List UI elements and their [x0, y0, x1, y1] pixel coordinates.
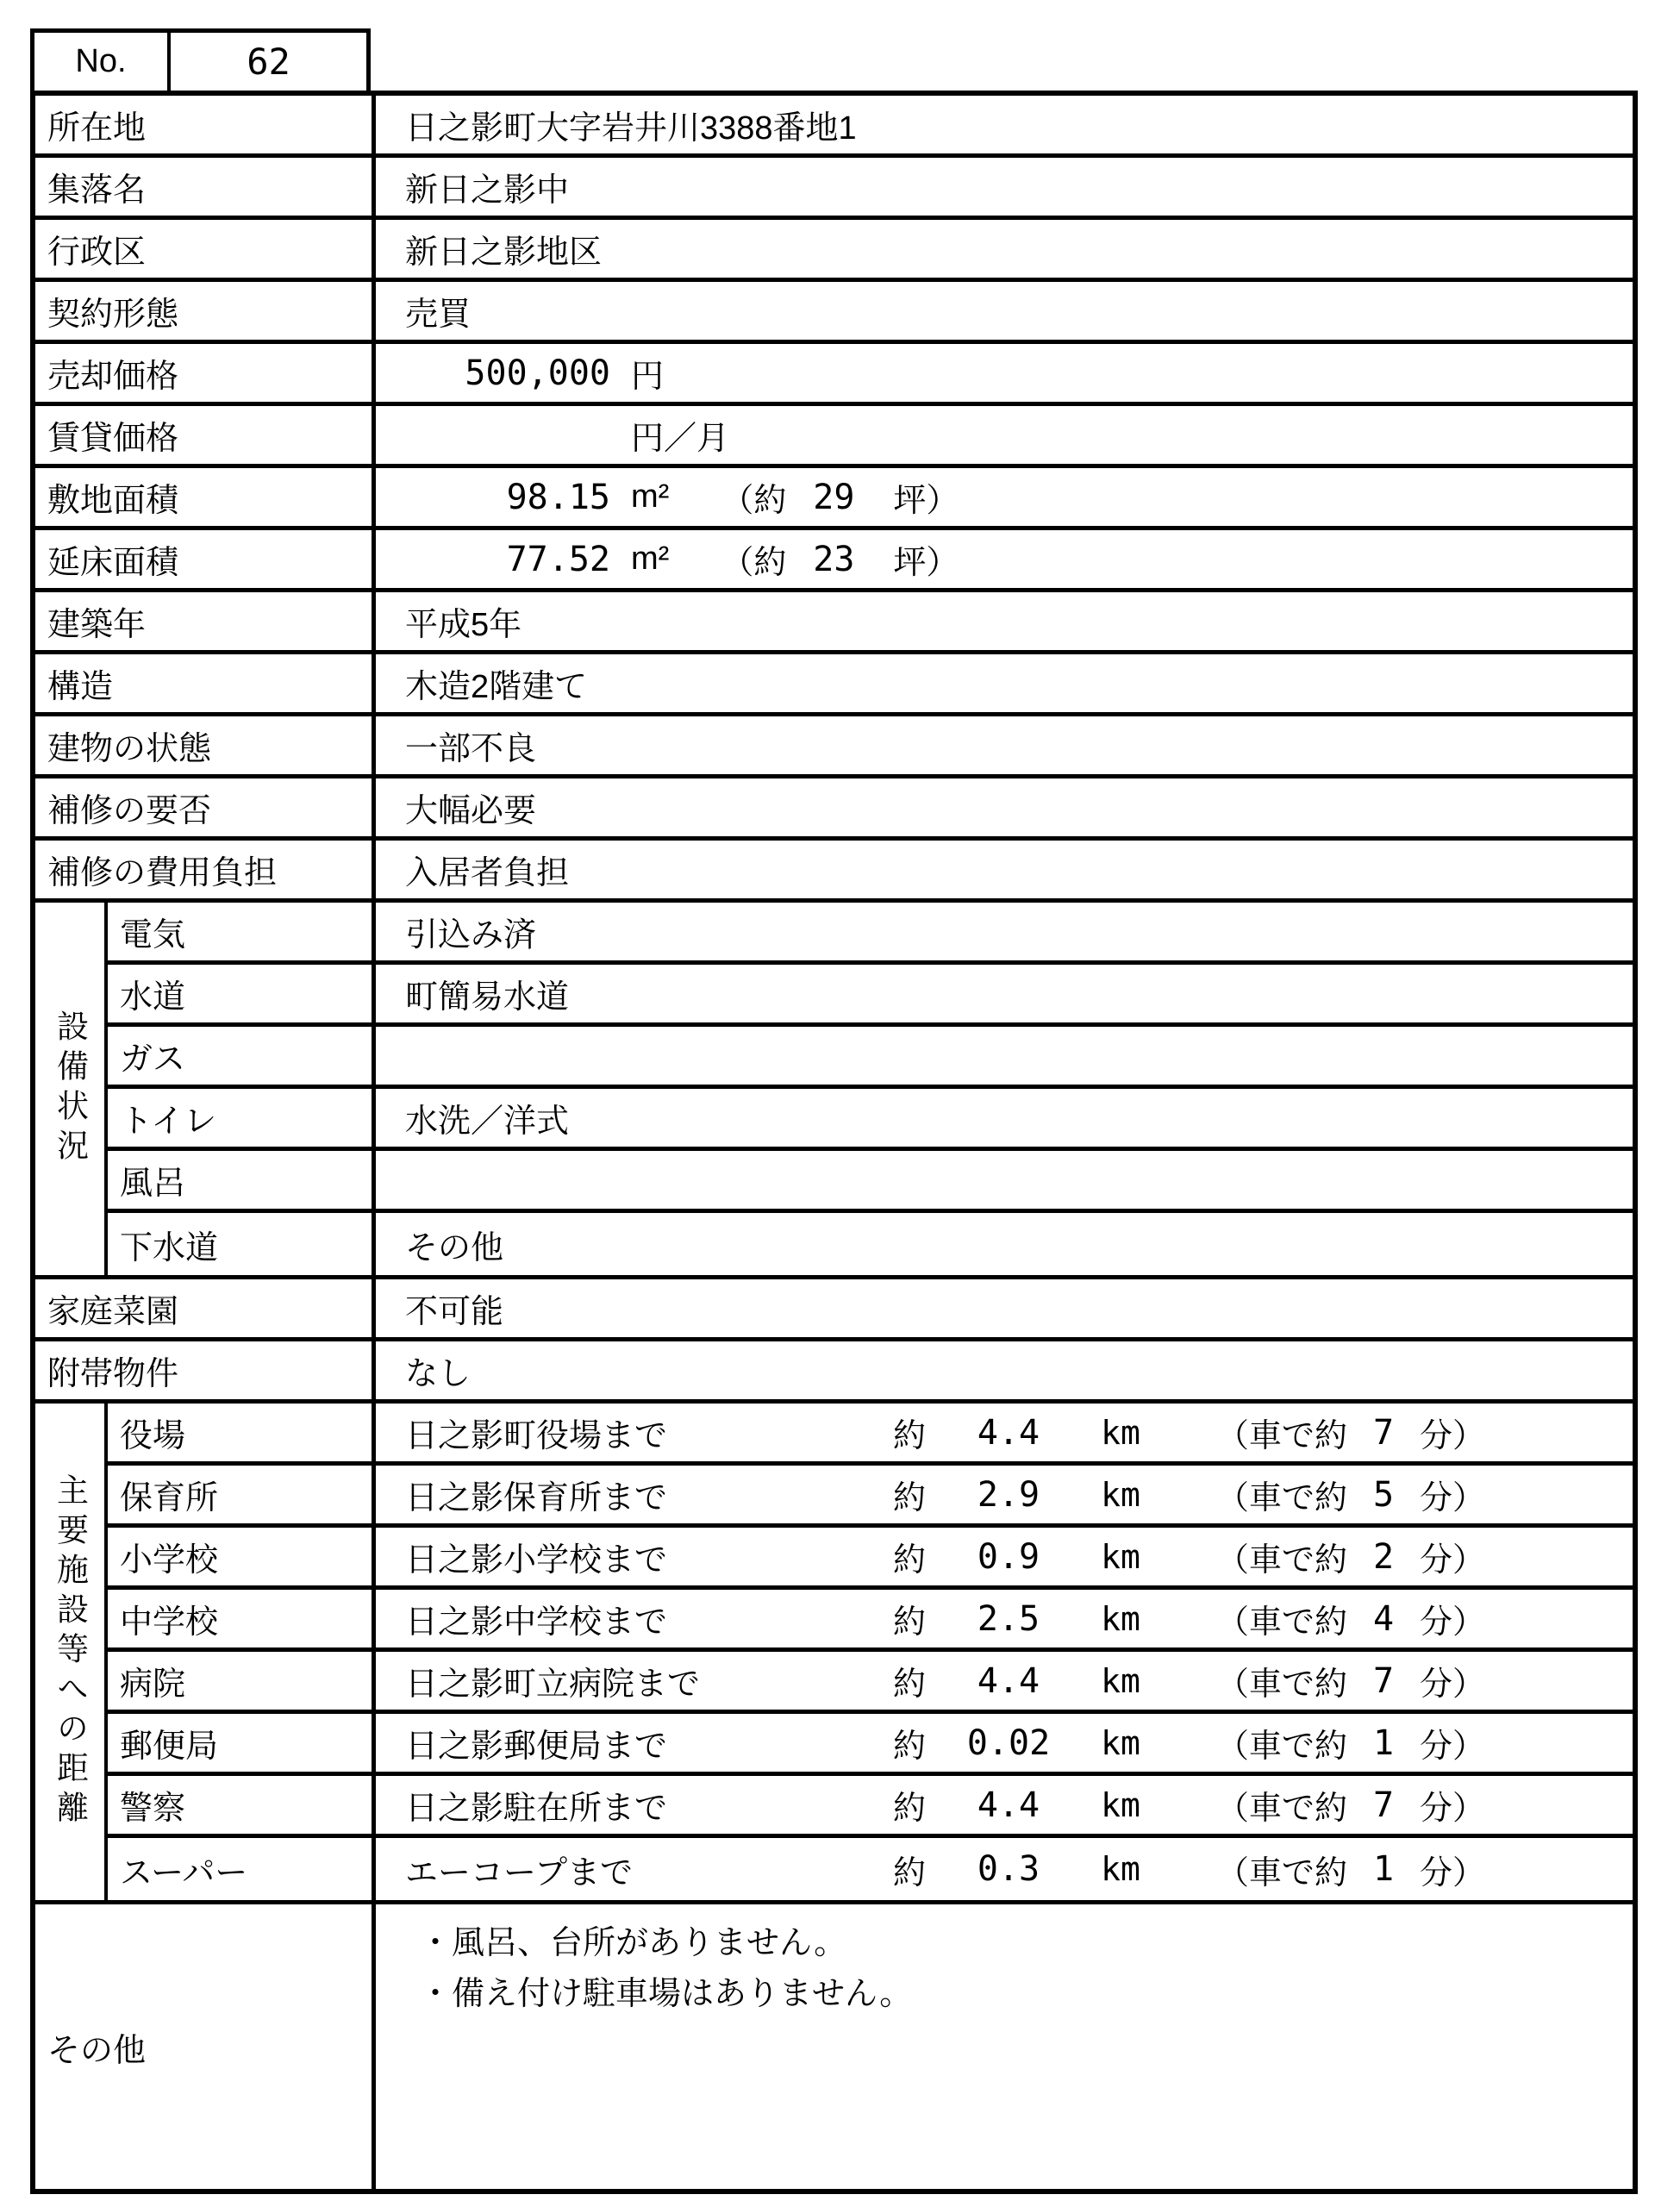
car-time-suffix: 分） [1420, 1533, 1485, 1580]
row-label: 補修の費用負担 [35, 841, 376, 898]
km-unit: km [1073, 1786, 1168, 1824]
distance-row: 警察日之影駐在所まで約4.4km（車で約7分） [108, 1776, 1633, 1838]
facility-label: 警察 [108, 1776, 376, 1834]
car-time-suffix: 分） [1420, 1595, 1485, 1642]
equipment-section-title: 設備状況 [35, 903, 108, 1275]
distance-km-value: 4.4 [944, 1661, 1073, 1701]
approx-label: 約 [875, 1409, 944, 1456]
row-value: 日之影町大字岩井川3388番地1 [376, 96, 1633, 153]
row-value: 一部不良 [376, 716, 1633, 774]
equipment-value: その他 [376, 1213, 1633, 1275]
km-unit: km [1073, 1600, 1168, 1638]
row-value: 売買 [376, 282, 1633, 340]
distance-km-value: 0.02 [944, 1723, 1073, 1763]
table-row: 行政区新日之影地区 [35, 220, 1633, 282]
table-row: 所在地日之影町大字岩井川3388番地1 [35, 96, 1633, 158]
car-minutes-value: 7 [1347, 1413, 1420, 1453]
destination-text: 日之影保育所まで [405, 1471, 875, 1518]
distance-km-value: 4.4 [944, 1413, 1073, 1453]
row-value: 円／月 [376, 406, 1633, 464]
car-minutes-value: 1 [1347, 1849, 1420, 1889]
table-row: 家庭菜園不可能 [35, 1279, 1633, 1341]
car-time-suffix: 分） [1420, 1471, 1485, 1518]
price-amount: 500,000 [376, 353, 610, 393]
car-time-prefix: （車で約 [1216, 1719, 1347, 1766]
equipment-value: 引込み済 [376, 903, 1633, 960]
distance-value-cell: 日之影小学校まで約0.9km（車で約2分） [376, 1528, 1633, 1585]
price-unit: 円 [631, 349, 664, 397]
other-notes: ・風呂、台所がありません。・備え付け駐車場はありません。 [376, 1904, 1633, 2189]
table-row: 建物の状態一部不良 [35, 716, 1633, 778]
car-time-prefix: （車で約 [1216, 1781, 1347, 1829]
table-row: 補修の費用負担入居者負担 [35, 841, 1633, 903]
row-value: なし [376, 1341, 1633, 1399]
distance-section-title: 主要施設等への距離 [35, 1404, 108, 1900]
area-value: 98.15 [376, 478, 610, 517]
km-unit: km [1073, 1850, 1168, 1888]
approx-label: 約 [875, 1471, 944, 1518]
listing-number-label: No. [34, 33, 171, 91]
distance-value-cell: 日之影保育所まで約2.9km（車で約5分） [376, 1466, 1633, 1523]
km-unit: km [1073, 1414, 1168, 1452]
equipment-value: 水洗／洋式 [376, 1089, 1633, 1147]
approx-label: 約 [875, 1595, 944, 1642]
car-minutes-value: 7 [1347, 1661, 1420, 1701]
car-minutes-value: 2 [1347, 1537, 1420, 1577]
sqm-unit: m² [631, 541, 669, 578]
destination-text: 日之影町立病院まで [405, 1657, 875, 1704]
equipment-rows: 電気引込み済水道町簡易水道ガストイレ水洗／洋式風呂下水道その他 [108, 903, 1633, 1275]
car-time-prefix: （車で約 [1216, 1846, 1347, 1893]
equipment-label: 電気 [108, 903, 376, 960]
row-value: 平成5年 [376, 592, 1633, 650]
equipment-value: 町簡易水道 [376, 965, 1633, 1022]
car-time-suffix: 分） [1420, 1719, 1485, 1766]
distance-km-value: 2.5 [944, 1599, 1073, 1639]
car-time-prefix: （車で約 [1216, 1595, 1347, 1642]
distance-section: 主要施設等への距離 役場日之影町役場まで約4.4km（車で約7分）保育所日之影保… [35, 1404, 1633, 1904]
table-row: 補修の要否大幅必要 [35, 778, 1633, 841]
equipment-row: 風呂 [108, 1151, 1633, 1213]
equipment-label: 下水道 [108, 1213, 376, 1275]
km-unit: km [1073, 1538, 1168, 1576]
row-label: 構造 [35, 654, 376, 712]
table-row: 附帯物件なし [35, 1341, 1633, 1404]
equipment-label: ガス [108, 1027, 376, 1085]
destination-text: 日之影中学校まで [405, 1595, 875, 1642]
equipment-row: ガス [108, 1027, 1633, 1089]
car-minutes-value: 7 [1347, 1785, 1420, 1825]
car-time-suffix: 分） [1420, 1781, 1485, 1829]
distance-value-cell: 日之影町立病院まで約4.4km（車で約7分） [376, 1652, 1633, 1710]
approx-label: 約 [875, 1533, 944, 1580]
facility-label: 中学校 [108, 1590, 376, 1647]
tsubo-paren-close: 坪） [893, 535, 959, 583]
equipment-label: 水道 [108, 965, 376, 1022]
distance-value-cell: 日之影郵便局まで約0.02km（車で約1分） [376, 1714, 1633, 1772]
distance-value-cell: 日之影駐在所まで約4.4km（車で約7分） [376, 1776, 1633, 1834]
facility-label: スーパー [108, 1838, 376, 1900]
table-row: 売却価格500,000円 [35, 344, 1633, 406]
distance-value-cell: エーコープまで約0.3km（車で約1分） [376, 1838, 1633, 1900]
distance-row: 保育所日之影保育所まで約2.9km（車で約5分） [108, 1466, 1633, 1528]
distance-row: 小学校日之影小学校まで約0.9km（車で約2分） [108, 1528, 1633, 1590]
car-minutes-value: 1 [1347, 1723, 1420, 1763]
destination-text: 日之影小学校まで [405, 1533, 875, 1580]
table-row: 集落名新日之影中 [35, 158, 1633, 220]
row-label: 建物の状態 [35, 716, 376, 774]
other-row: その他 ・風呂、台所がありません。・備え付け駐車場はありません。 [35, 1904, 1633, 2189]
table-row: 延床面積77.52m²（約23坪） [35, 530, 1633, 592]
distance-km-value: 0.3 [944, 1849, 1073, 1889]
row-label: 集落名 [35, 158, 376, 216]
equipment-row: トイレ水洗／洋式 [108, 1089, 1633, 1151]
other-label: その他 [35, 1904, 376, 2189]
facility-label: 小学校 [108, 1528, 376, 1585]
distance-km-value: 4.4 [944, 1785, 1073, 1825]
equipment-value [376, 1151, 1633, 1209]
tsubo-value: 23 [786, 540, 881, 579]
property-rows-mid: 家庭菜園不可能附帯物件なし [35, 1279, 1633, 1404]
table-row: 賃貸価格円／月 [35, 406, 1633, 468]
distance-row: 郵便局日之影郵便局まで約0.02km（車で約1分） [108, 1714, 1633, 1776]
equipment-value [376, 1027, 1633, 1085]
tsubo-paren-close: 坪） [893, 473, 959, 521]
approx-label: 約 [875, 1657, 944, 1704]
approx-label: 約 [875, 1719, 944, 1766]
row-value: 新日之影中 [376, 158, 1633, 216]
distance-row: 病院日之影町立病院まで約4.4km（車で約7分） [108, 1652, 1633, 1714]
price-unit: 円／月 [631, 411, 729, 459]
car-time-prefix: （車で約 [1216, 1471, 1347, 1518]
row-label: 敷地面積 [35, 468, 376, 526]
destination-text: エーコープまで [405, 1846, 875, 1893]
property-rows-top: 所在地日之影町大字岩井川3388番地1集落名新日之影中行政区新日之影地区契約形態… [35, 96, 1633, 903]
row-value: 98.15m²（約29坪） [376, 468, 1633, 526]
row-value: 77.52m²（約23坪） [376, 530, 1633, 588]
row-label: 延床面積 [35, 530, 376, 588]
tsubo-paren-open: （約 [721, 473, 786, 521]
car-time-suffix: 分） [1420, 1846, 1485, 1893]
destination-text: 日之影駐在所まで [405, 1781, 875, 1829]
row-value: 新日之影地区 [376, 220, 1633, 278]
row-label: 所在地 [35, 96, 376, 153]
equipment-row: 電気引込み済 [108, 903, 1633, 965]
km-unit: km [1073, 1476, 1168, 1514]
tsubo-value: 29 [786, 478, 881, 517]
distance-value-cell: 日之影町役場まで約4.4km（車で約7分） [376, 1404, 1633, 1461]
row-value: 500,000円 [376, 344, 1633, 402]
equipment-section: 設備状況 電気引込み済水道町簡易水道ガストイレ水洗／洋式風呂下水道その他 [35, 903, 1633, 1279]
facility-label: 郵便局 [108, 1714, 376, 1772]
table-row: 建築年平成5年 [35, 592, 1633, 654]
listing-number-box: No. 62 [30, 28, 371, 91]
approx-label: 約 [875, 1846, 944, 1893]
distance-value-cell: 日之影中学校まで約2.5km（車で約4分） [376, 1590, 1633, 1647]
facility-label: 役場 [108, 1404, 376, 1461]
row-value: 大幅必要 [376, 778, 1633, 836]
area-value: 77.52 [376, 540, 610, 579]
approx-label: 約 [875, 1781, 944, 1829]
listing-number-value: 62 [171, 33, 366, 91]
car-time-prefix: （車で約 [1216, 1657, 1347, 1704]
car-time-suffix: 分） [1420, 1409, 1485, 1456]
note-line: ・備え付け駐車場はありません。 [419, 1969, 1633, 2020]
row-label: 建築年 [35, 592, 376, 650]
row-label: 行政区 [35, 220, 376, 278]
km-unit: km [1073, 1662, 1168, 1700]
equipment-row: 下水道その他 [108, 1213, 1633, 1275]
property-table: 所在地日之影町大字岩井川3388番地1集落名新日之影中行政区新日之影地区契約形態… [30, 91, 1638, 2194]
row-label: 売却価格 [35, 344, 376, 402]
equipment-label: トイレ [108, 1089, 376, 1147]
table-row: 構造木造2階建て [35, 654, 1633, 716]
destination-text: 日之影町役場まで [405, 1409, 875, 1456]
row-label: 契約形態 [35, 282, 376, 340]
car-time-prefix: （車で約 [1216, 1409, 1347, 1456]
car-time-prefix: （車で約 [1216, 1533, 1347, 1580]
note-line: ・風呂、台所がありません。 [419, 1918, 1633, 1969]
row-label: 賃貸価格 [35, 406, 376, 464]
sqm-unit: m² [631, 478, 669, 516]
property-sheet: No. 62 所在地日之影町大字岩井川3388番地1集落名新日之影中行政区新日之… [0, 0, 1680, 2207]
row-label: 補修の要否 [35, 778, 376, 836]
row-label: 附帯物件 [35, 1341, 376, 1399]
facility-label: 病院 [108, 1652, 376, 1710]
row-value: 入居者負担 [376, 841, 1633, 898]
facility-label: 保育所 [108, 1466, 376, 1523]
row-value: 不可能 [376, 1279, 1633, 1337]
distance-rows: 役場日之影町役場まで約4.4km（車で約7分）保育所日之影保育所まで約2.9km… [108, 1404, 1633, 1900]
distance-row: 中学校日之影中学校まで約2.5km（車で約4分） [108, 1590, 1633, 1652]
car-time-suffix: 分） [1420, 1657, 1485, 1704]
distance-row: スーパーエーコープまで約0.3km（車で約1分） [108, 1838, 1633, 1900]
row-value: 木造2階建て [376, 654, 1633, 712]
km-unit: km [1073, 1724, 1168, 1762]
table-row: 敷地面積98.15m²（約29坪） [35, 468, 1633, 530]
car-minutes-value: 4 [1347, 1599, 1420, 1639]
destination-text: 日之影郵便局まで [405, 1719, 875, 1766]
table-row: 契約形態売買 [35, 282, 1633, 344]
equipment-row: 水道町簡易水道 [108, 965, 1633, 1027]
car-minutes-value: 5 [1347, 1475, 1420, 1515]
row-label: 家庭菜園 [35, 1279, 376, 1337]
distance-km-value: 0.9 [944, 1537, 1073, 1577]
distance-row: 役場日之影町役場まで約4.4km（車で約7分） [108, 1404, 1633, 1466]
tsubo-paren-open: （約 [721, 535, 786, 583]
equipment-label: 風呂 [108, 1151, 376, 1209]
distance-km-value: 2.9 [944, 1475, 1073, 1515]
